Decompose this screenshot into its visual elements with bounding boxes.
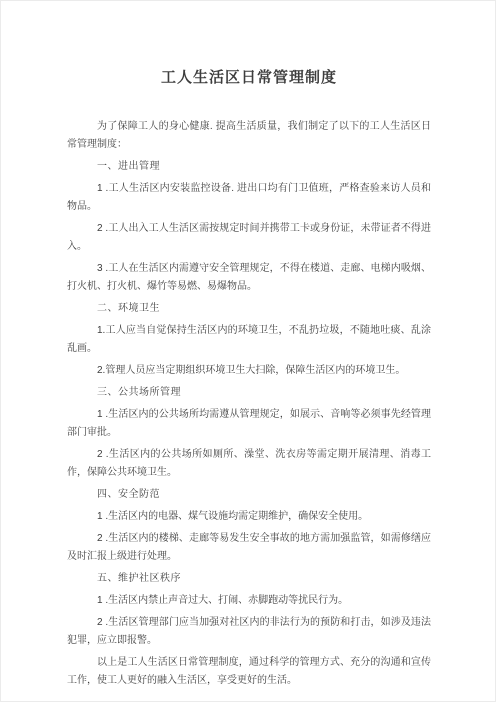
section-2-heading: 二、环境卫生: [67, 300, 431, 318]
section-2-item-1: 1.工人应当自觉保持生活区内的环境卫生，不乱扔垃圾，不随地吐痰、乱涂乱画。: [67, 322, 431, 358]
section-5-heading: 五、维护社区秩序: [67, 570, 431, 588]
section-3-heading: 三、公共场所管理: [67, 384, 431, 402]
document-title: 工人生活区日常管理制度: [67, 67, 431, 88]
section-3-item-2: 2 .生活区内的公共场所如厕所、澡堂、洗衣房等需定期开展清理、消毒工作，保障公共…: [67, 446, 431, 482]
section-2-item-2: 2.管理人员应当定期组织环境卫生大扫除，保障生活区内的环境卫生。: [67, 362, 431, 380]
document-page: 工人生活区日常管理制度 为了保障工人的身心健康. 提高生活质量，我们制定了以下的…: [0, 0, 496, 702]
section-4-heading: 四、安全防范: [67, 486, 431, 504]
section-5-item-1: 1 .生活区内禁止声音过大、打闹、赤脚跑动等扰民行为。: [67, 592, 431, 610]
section-1-heading: 一、进出管理: [67, 158, 431, 176]
intro-paragraph: 为了保障工人的身心健康. 提高生活质量，我们制定了以下的工人生活区日常管理制度：: [67, 118, 431, 154]
section-1-item-2: 2 .工人出入工人生活区需按规定时间并携带工卡或身份证，未带证者不得进入。: [67, 220, 431, 256]
closing-paragraph: 以上是工人生活区日常管理制度，通过科学的管理方式、充分的沟通和宣传工作，使工人更…: [67, 654, 431, 690]
section-4-item-2: 2 .生活区内的楼梯、走廊等易发生安全事故的地方需加强监管，如需修缮应及时汇报上…: [67, 530, 431, 566]
section-5-item-2: 2 .生活区管理部门应当加强对社区内的非法行为的预防和打击，如涉及违法犯罪，应立…: [67, 614, 431, 650]
section-3-item-1: 1 .生活区内的公共场所均需遵从管理规定，如展示、音响等必须事先经管理部门审批。: [67, 406, 431, 442]
section-1-item-3: 3 .工人在生活区内需遵守安全管理规定，不得在楼道、走廊、电梯内吸烟、打火机、打…: [67, 260, 431, 296]
section-1-item-1: 1 .工人生活区内安装监控设备. 进出口均有门卫值班，严格查验来访人员和物品。: [67, 180, 431, 216]
section-4-item-1: 1 .生活区内的电器、煤气设施均需定期维护，确保安全使用。: [67, 508, 431, 526]
